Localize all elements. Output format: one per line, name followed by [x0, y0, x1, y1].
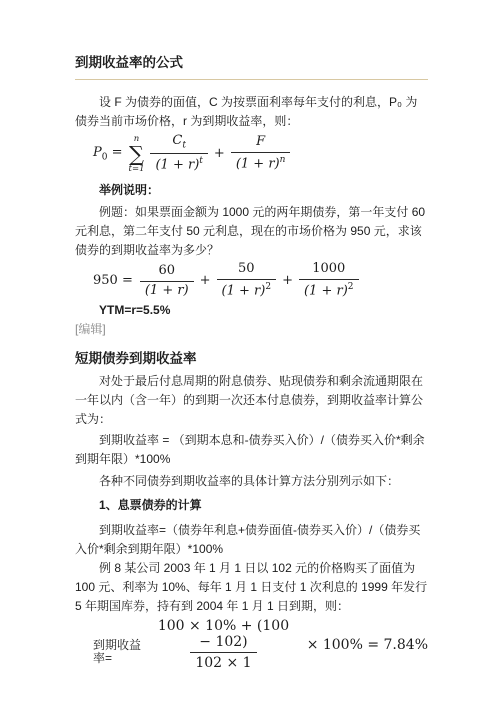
paragraph-intro: 设 F 为债券的面值，C 为按票面利率每年支付的利息，P₀ 为债券当前市场价格，…: [75, 93, 428, 131]
section-title-shortterm: 短期债券到期收益率: [75, 350, 428, 368]
heading-example: 举例说明：: [75, 181, 428, 200]
heading-coupon-bond: 1、息票债券的计算: [75, 496, 428, 515]
formula-bond-price: P0 = n ∑ t=1 Ct (1 + r)t + F (1 + r)n: [93, 133, 428, 175]
formula-result: × 100% = 7.84%: [307, 637, 428, 653]
paragraph-example8: 例 8 某公司 2003 年 1 月 1 日以 102 元的价格购买了面值为 1…: [75, 559, 428, 616]
section-title-ytm-formula: 到期收益率的公式: [75, 54, 428, 80]
document-content: 到期收益率的公式 设 F 为债券的面值，C 为按票面利率每年支付的利息，P₀ 为…: [0, 0, 500, 671]
summation-symbol: n ∑ t=1: [129, 135, 145, 173]
fraction-yield-calc: 100 × 10% + (100 − 102) 102 × 1: [149, 618, 297, 671]
fraction-coupon-term: Ct (1 + r)t: [150, 134, 207, 173]
edit-link[interactable]: [编辑]: [75, 320, 428, 339]
paragraph-example-body: 例题：如果票面金额为 1000 元的两年期债券，第一年支付 60 元利息，第二年…: [75, 203, 428, 260]
paragraph-shortterm-intro: 对处于最后付息周期的附息债券、贴现债券和剩余流通期限在一年以内（含一年）的到期一…: [75, 372, 428, 429]
paragraph-list-intro: 各种不同债券到期收益率的具体计算方法分别列示如下：: [75, 472, 428, 491]
ytm-result: YTM=r=5.5%: [75, 301, 428, 320]
fraction-year2: 50 (1 + r)2: [217, 262, 277, 299]
paragraph-coupon-formula: 到期收益率=（债券年利息+债券面值-债券买入价）/（债券买入价*剩余到期年限）*…: [75, 521, 428, 559]
paragraph-shortterm-formula: 到期收益率 = （到期本息和-债券买入价）/（债券买入价*剩余到期年限）*100…: [75, 431, 428, 469]
formula-950-example: 950 = 60 (1 + r) + 50 (1 + r)2 + 1000 (1…: [93, 262, 428, 300]
fraction-year1: 60 (1 + r): [140, 264, 194, 299]
fraction-principal: 1000 (1 + r)2: [299, 262, 359, 299]
fraction-face-value-term: F (1 + r)n: [231, 135, 291, 172]
formula-label: 到期收益率=: [93, 639, 144, 672]
document-page: 到期收益率的公式 设 F 为债券的面值，C 为按票面利率每年支付的利息，P₀ 为…: [0, 0, 500, 708]
formula-784-result: 到期收益率= 100 × 10% + (100 − 102) 102 × 1 ×…: [93, 618, 428, 671]
formula-lhs: P0 =: [93, 146, 123, 163]
sigma-icon: ∑: [129, 144, 144, 165]
